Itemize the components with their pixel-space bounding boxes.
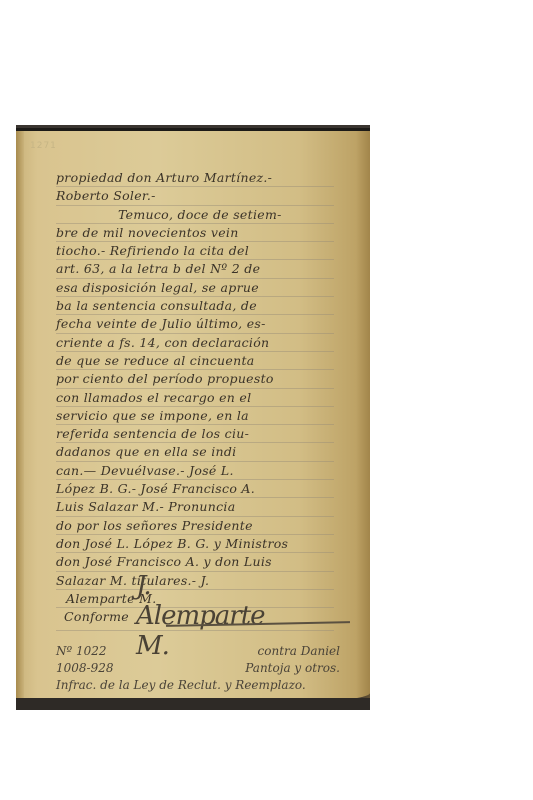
text-line: referida sentencia de los ciu- bbox=[56, 425, 334, 443]
photo-background-strip bbox=[16, 698, 370, 710]
document-photo: 1271 propiedad don Arturo Martínez.- Rob… bbox=[16, 125, 370, 710]
offense-description: Infrac. de la Ley de Reclut. y Reemplazo… bbox=[56, 677, 306, 694]
text-line: bre de mil novecientos vein bbox=[56, 224, 334, 242]
footer-row-2: 1008-928 Pantoja y otros. bbox=[56, 660, 340, 677]
parties-line-2: Pantoja y otros. bbox=[245, 660, 340, 677]
text-line: propiedad don Arturo Martínez.- bbox=[56, 169, 334, 187]
folio-number: 1271 bbox=[30, 141, 57, 151]
case-footer: Nº 1022 contra Daniel 1008-928 Pantoja y… bbox=[56, 643, 340, 694]
footer-row-1: Nº 1022 contra Daniel bbox=[56, 643, 340, 660]
case-number: Nº 1022 bbox=[56, 643, 107, 660]
footer-row-3: Infrac. de la Ley de Reclut. y Reemplazo… bbox=[56, 677, 340, 694]
page-binding-shadow bbox=[16, 131, 24, 701]
ledger-page: 1271 propiedad don Arturo Martínez.- Rob… bbox=[16, 128, 370, 701]
text-line: Luis Salazar M.- Pronuncia bbox=[56, 498, 334, 516]
text-line: criente a fs. 14, con declaración bbox=[56, 334, 334, 352]
handwritten-text-block: propiedad don Arturo Martínez.- Roberto … bbox=[56, 169, 334, 631]
text-line: don José Francisco A. y don Luis bbox=[56, 553, 334, 571]
page-edge bbox=[356, 131, 370, 701]
text-line: servicio que se impone, en la bbox=[56, 407, 334, 425]
text-line: art. 63, a la letra b del Nº 2 de bbox=[56, 260, 334, 278]
text-line: esa disposición legal, se aprue bbox=[56, 279, 334, 297]
text-line: con llamados el recargo en el bbox=[56, 389, 334, 407]
text-line: Temuco, doce de setiem- bbox=[56, 206, 334, 224]
text-line: de que se reduce al cincuenta bbox=[56, 352, 334, 370]
case-reference: 1008-928 bbox=[56, 660, 114, 677]
signature: J. Alemparte M. bbox=[136, 571, 286, 619]
text-line: por ciento del período propuesto bbox=[56, 370, 334, 388]
parties-line-1: contra Daniel bbox=[258, 643, 340, 660]
text-line: don José L. López B. G. y Ministros bbox=[56, 535, 334, 553]
text-line: López B. G.- José Francisco A. bbox=[56, 480, 334, 498]
text-line: dadanos que en ella se indi bbox=[56, 443, 334, 461]
text-line: ba la sentencia consultada, de bbox=[56, 297, 334, 315]
text-line: Roberto Soler.- bbox=[56, 187, 334, 205]
text-line: tiocho.- Refiriendo la cita del bbox=[56, 242, 334, 260]
text-line: can.— Devuélvase.- José L. bbox=[56, 462, 334, 480]
text-line: do por los señores Presidente bbox=[56, 517, 334, 535]
text-line: fecha veinte de Julio último, es- bbox=[56, 315, 334, 333]
